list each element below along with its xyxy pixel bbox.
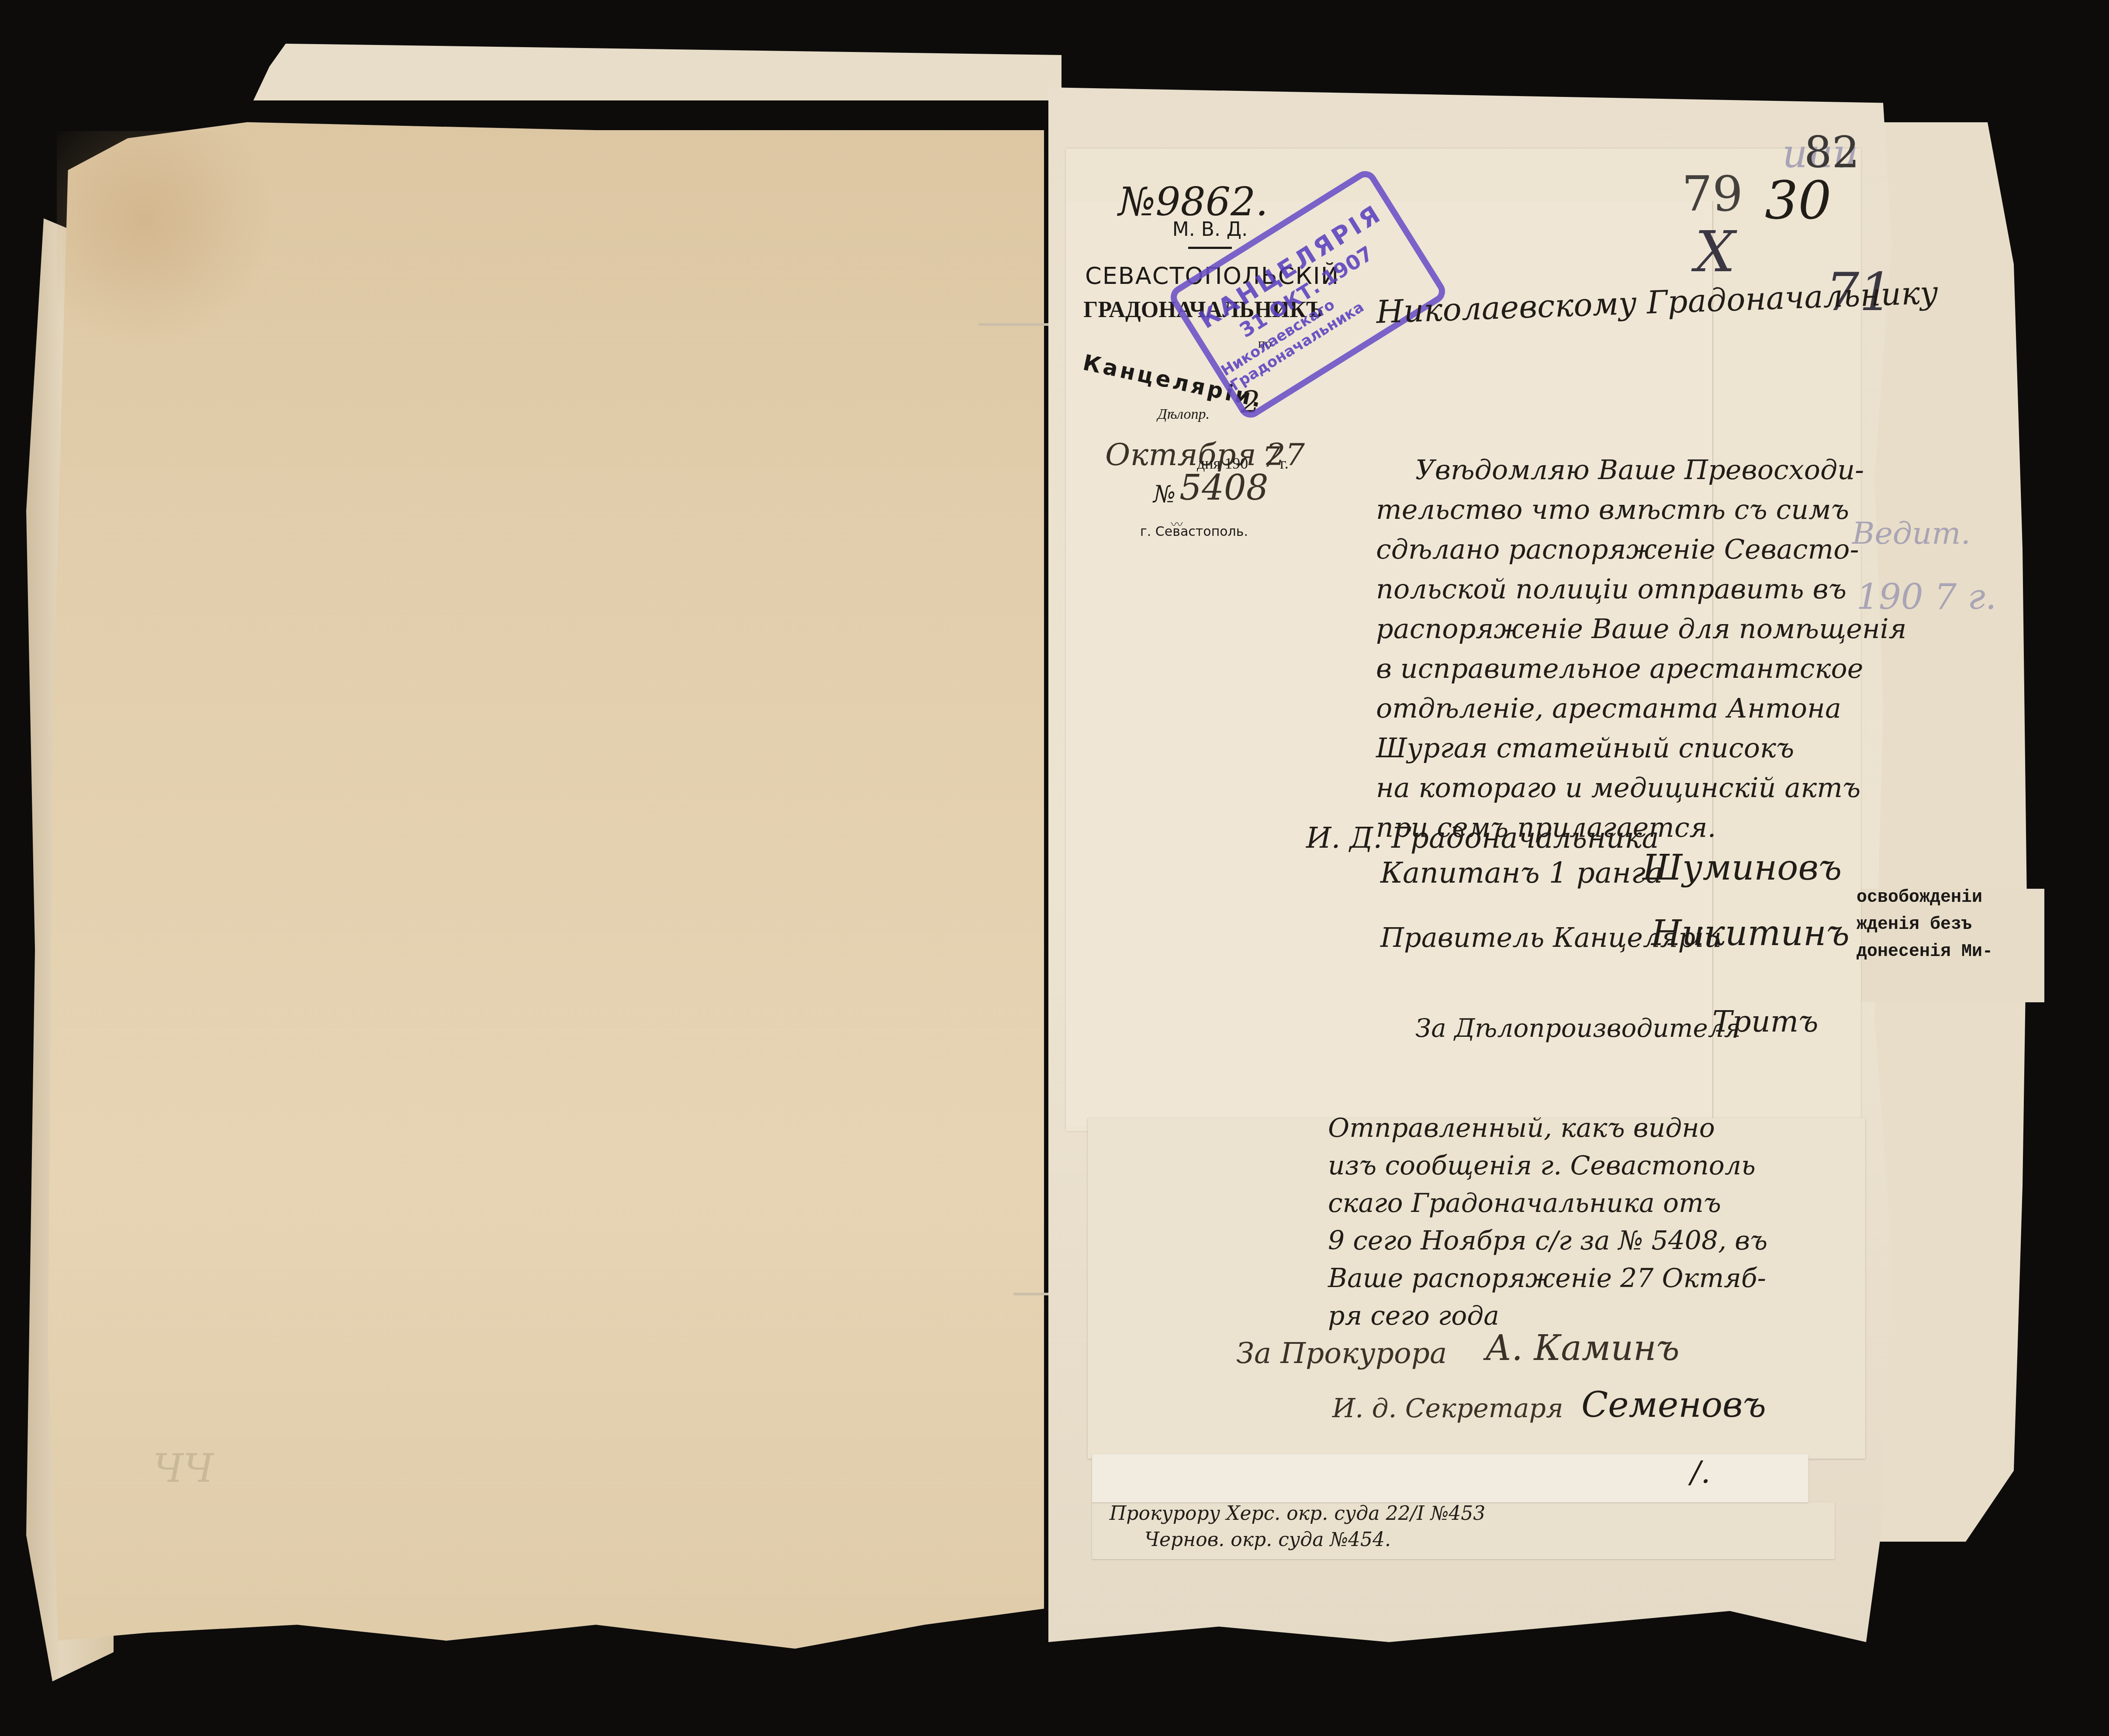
date-suffix: г.	[1280, 454, 1289, 473]
clerk-label: Дѣлопр.	[1158, 406, 1210, 423]
bottom-note-line2: Чернов. окр. суда №454.	[1144, 1529, 1391, 1551]
slip-signature-name-2: Семеновъ	[1581, 1384, 1766, 1425]
body-line: Шургая статейный списокъ	[1376, 728, 1839, 768]
protruding-sheets	[253, 44, 1061, 100]
signature-subtitle-1: Капитанъ 1 ранга	[1380, 856, 1663, 890]
typed-fragment: освобожденіи жденія безъ донесенія Ми-	[1857, 884, 1993, 966]
slip-body: Отправленный, какъ видно изъ сообщенія г…	[1328, 1109, 1852, 1335]
number-label: №	[1153, 480, 1176, 508]
margin-pencil-note: Ведит.	[1852, 515, 1971, 551]
initial-mark: Х	[1695, 218, 1736, 285]
body-line: Увѣдомляю Ваше Превосходи-	[1376, 450, 1839, 490]
slip-line: Отправленный, какъ видно	[1328, 1109, 1852, 1147]
folio-number-30: 30	[1765, 170, 1832, 231]
body-line: сдѣлано распоряженіе Севасто-	[1376, 529, 1839, 569]
strip-mark: /.	[1691, 1454, 1711, 1490]
left-pencil-mark: ЧЧ	[153, 1446, 214, 1491]
letterhead-rule	[1188, 247, 1232, 249]
slip-signature-title-1: За Прокурора	[1236, 1336, 1447, 1370]
slip-line: Ваше распоряженіе 27 Октяб-	[1328, 1260, 1852, 1297]
outgoing-number: 5408	[1179, 467, 1269, 508]
signature-name-1: Шуминовъ	[1642, 847, 1842, 888]
body-line: отдѣленіе, арестанта Антона	[1376, 688, 1839, 728]
margin-year: 190 7 г.	[1857, 576, 1996, 617]
slip-line: изъ сообщенія г. Севастополь	[1328, 1147, 1852, 1184]
signature-title-3: За Дѣлопроизводителя	[1415, 1013, 1741, 1043]
slip-line: скаго Градоначальника отъ	[1328, 1184, 1852, 1222]
torn-corner-stain	[57, 131, 275, 349]
slip-signature-name-1: А. Каминъ	[1485, 1328, 1680, 1368]
typed-line: освобожденіи	[1857, 884, 1993, 911]
body-line: на котораго и медицинскій актъ	[1376, 768, 1839, 808]
slip-signature-title-2: И. д. Секретаря	[1332, 1393, 1563, 1424]
slip-line: 9 сего Ноября с/г за № 5408, въ	[1328, 1222, 1852, 1260]
folio-number-79: 79	[1682, 166, 1743, 222]
signature-name-3: Тритъ	[1712, 1004, 1818, 1039]
typed-line: донесенія Ми-	[1857, 939, 1993, 966]
body-line: польской полиціи отправить въ	[1376, 569, 1839, 609]
city-label: г. Севастополь.	[1140, 524, 1248, 539]
body-line: тельство что вмѣстѣ съ симъ	[1376, 490, 1839, 529]
body-line: распоряженіе Ваше для помѣщенія	[1376, 609, 1839, 649]
body-line: в исправительное арестантское	[1376, 649, 1839, 688]
signature-name-2: Никитинъ	[1651, 913, 1850, 953]
bottom-note-line1: Прокурору Херс. окр. суда 22/I №453	[1110, 1502, 1485, 1525]
signature-title-1: И. Д. Градоначальника	[1306, 821, 1659, 855]
letter-body: Увѣдомляю Ваше Превосходи- тельство что …	[1376, 450, 1839, 847]
typed-line: жденія безъ	[1857, 911, 1993, 939]
